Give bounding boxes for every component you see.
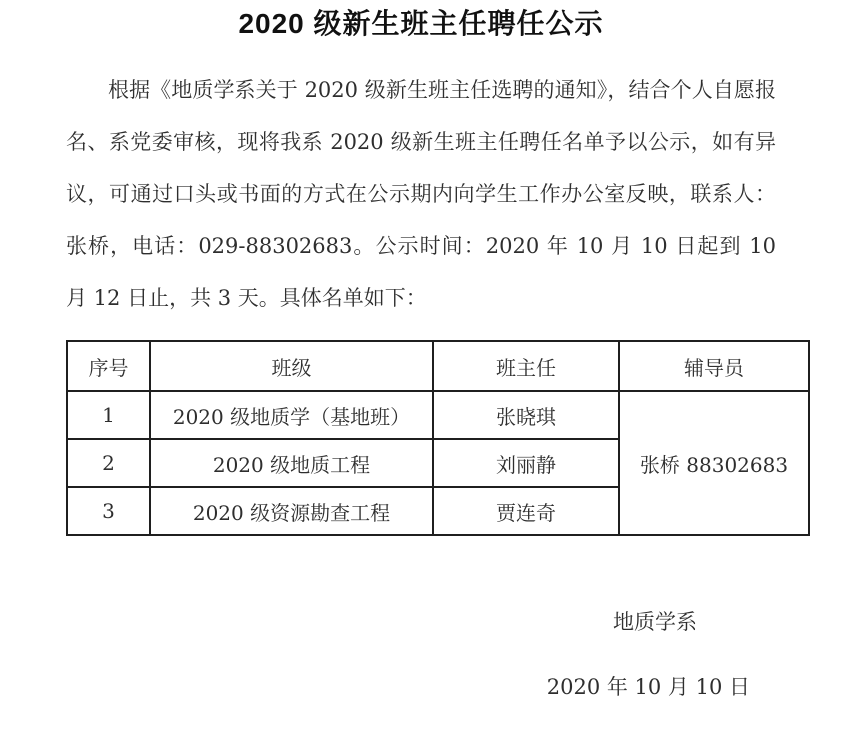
cell-class: 2020 级地质工程	[150, 439, 433, 487]
header-cell-index: 序号	[67, 341, 150, 391]
cell-class: 2020 级地质学（基地班）	[150, 391, 433, 439]
cell-class: 2020 级资源勘查工程	[150, 487, 433, 535]
cell-counselor-merged: 张桥 88302683	[619, 391, 809, 535]
cell-teacher: 刘丽静	[433, 439, 619, 487]
header-cell-teacher: 班主任	[433, 341, 619, 391]
table-row: 1 2020 级地质学（基地班） 张晓琪 张桥 88302683	[67, 391, 809, 439]
cell-index: 1	[67, 391, 150, 439]
cell-teacher: 贾连奇	[433, 487, 619, 535]
page-title: 2020 级新生班主任聘任公示	[0, 0, 842, 42]
cell-index: 2	[67, 439, 150, 487]
cell-teacher: 张晓琪	[433, 391, 619, 439]
cell-index: 3	[67, 487, 150, 535]
announcement-body-paragraph: 根据《地质学系关于 2020 级新生班主任选聘的通知》，结合个人自愿报名、系党委…	[66, 64, 776, 324]
table-header-row: 序号 班级 班主任 辅导员	[67, 341, 809, 391]
announcement-page: 2020 级新生班主任聘任公示 根据《地质学系关于 2020 级新生班主任选聘的…	[0, 0, 842, 744]
header-cell-counselor: 辅导员	[619, 341, 809, 391]
header-cell-class: 班级	[150, 341, 433, 391]
signature-date: 2020 年 10 月 10 日	[0, 671, 842, 703]
appointment-table: 序号 班级 班主任 辅导员 1 2020 级地质学（基地班） 张晓琪 张桥 88…	[66, 340, 810, 536]
signature-department: 地质学系	[0, 606, 842, 638]
